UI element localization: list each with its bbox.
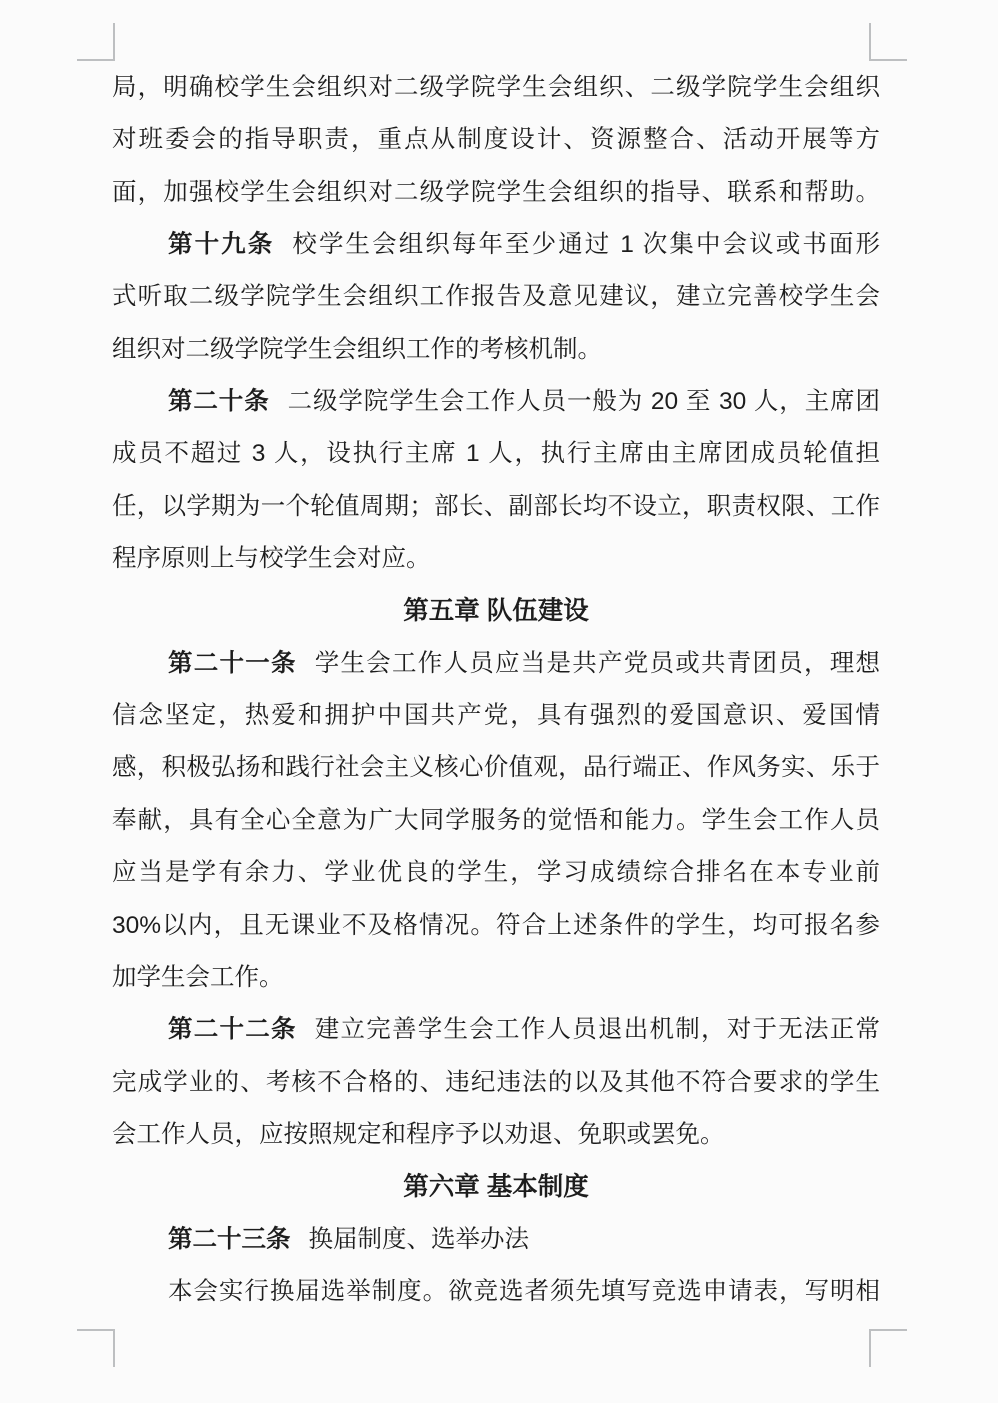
text-line: 程序原则上与校学生会对应。 <box>112 533 880 585</box>
text-line: 式听取二级学院学生会组织工作报告及意见建议，建立完善校学生会 <box>112 271 880 323</box>
text-boundary-mark-bottom-left <box>77 1329 115 1367</box>
text-boundary-mark-top-left <box>77 23 115 61</box>
text-line: 第二十一条学生会工作人员应当是共产党员或共青团员，理想 <box>112 638 880 690</box>
line-text: 加学生会工作。 <box>112 964 284 991</box>
text-line: 感，积极弘扬和践行社会主义核心价值观，品行端正、作风务实、乐于 <box>112 742 880 794</box>
text-line: 应当是学有余力、学业优良的学生，学习成绩综合排名在本专业前 <box>112 847 880 899</box>
line-text: 换届制度、选举办法 <box>309 1226 530 1253</box>
text-line: 面，加强校学生会组织对二级学院学生会组织的指导、联系和帮助。 <box>112 167 880 219</box>
line-text: 组织对二级学院学生会组织工作的考核机制。 <box>112 336 602 363</box>
line-text: 式听取二级学院学生会组织工作报告及意见建议，建立完善校学生会 <box>112 283 880 310</box>
article-number-label: 第二十条 <box>168 388 270 415</box>
text-line: 任，以学期为一个轮值周期；部长、副部长均不设立，职责权限、工作 <box>112 481 880 533</box>
line-text: 感，积极弘扬和践行社会主义核心价值观，品行端正、作风务实、乐于 <box>112 754 880 781</box>
text-line: 成员不超过 3 人，设执行主席 1 人，执行主席由主席团成员轮值担 <box>112 428 880 480</box>
article-number-label: 第二十二条 <box>168 1016 297 1043</box>
text-boundary-mark-bottom-right <box>869 1329 907 1367</box>
article-number-label: 第十九条 <box>168 231 274 258</box>
line-text: 完成学业的、考核不合格的、违纪违法的以及其他不符合要求的学生 <box>112 1069 880 1096</box>
text-line: 第二十二条建立完善学生会工作人员退出机制，对于无法正常 <box>112 1004 880 1056</box>
line-text: 学生会工作人员应当是共产党员或共青团员，理想 <box>315 650 880 677</box>
line-text: 应当是学有余力、学业优良的学生，学习成绩综合排名在本专业前 <box>112 859 880 886</box>
line-text: 面，加强校学生会组织对二级学院学生会组织的指导、联系和帮助。 <box>112 179 880 206</box>
line-text: 程序原则上与校学生会对应。 <box>112 545 431 572</box>
text-line: 局，明确校学生会组织对二级学院学生会组织、二级学院学生会组织 <box>112 62 880 114</box>
article-number-label: 第二十一条 <box>168 650 297 677</box>
chapter-heading: 第五章 队伍建设 <box>112 585 880 637</box>
text-line: 组织对二级学院学生会组织工作的考核机制。 <box>112 324 880 376</box>
text-line: 第二十条二级学院学生会工作人员一般为 20 至 30 人，主席团 <box>112 376 880 428</box>
line-text: 本会实行换届选举制度。欲竞选者须先填写竞选申请表，写明相 <box>168 1278 880 1305</box>
line-text: 第五章 队伍建设 <box>403 597 589 625</box>
line-text: 奉献，具有全心全意为广大同学服务的觉悟和能力。学生会工作人员 <box>112 807 880 834</box>
line-text: 30%以内，且无课业不及格情况。符合上述条件的学生，均可报名参 <box>112 912 880 939</box>
line-text: 信念坚定，热爱和拥护中国共产党，具有强烈的爱国意识、爱国情 <box>112 702 880 729</box>
text-line: 奉献，具有全心全意为广大同学服务的觉悟和能力。学生会工作人员 <box>112 795 880 847</box>
text-line: 信念坚定，热爱和拥护中国共产党，具有强烈的爱国意识、爱国情 <box>112 690 880 742</box>
article-number-label: 第二十三条 <box>168 1226 291 1253</box>
text-line: 30%以内，且无课业不及格情况。符合上述条件的学生，均可报名参 <box>112 900 880 952</box>
line-text: 第六章 基本制度 <box>403 1173 589 1201</box>
line-text: 校学生会组织每年至少通过 1 次集中会议或书面形 <box>292 231 880 258</box>
text-line: 第二十三条换届制度、选举办法 <box>112 1214 880 1266</box>
text-line: 完成学业的、考核不合格的、违纪违法的以及其他不符合要求的学生 <box>112 1057 880 1109</box>
chapter-heading: 第六章 基本制度 <box>112 1161 880 1213</box>
text-line: 本会实行换届选举制度。欲竞选者须先填写竞选申请表，写明相 <box>112 1266 880 1318</box>
text-boundary-mark-top-right <box>869 23 907 61</box>
line-text: 二级学院学生会工作人员一般为 20 至 30 人，主席团 <box>288 388 880 415</box>
line-text: 会工作人员，应按照规定和程序予以劝退、免职或罢免。 <box>112 1121 725 1148</box>
text-line: 会工作人员，应按照规定和程序予以劝退、免职或罢免。 <box>112 1109 880 1161</box>
document-page: 局，明确校学生会组织对二级学院学生会组织、二级学院学生会组织对班委会的指导职责，… <box>0 0 998 1403</box>
line-text: 局，明确校学生会组织对二级学院学生会组织、二级学院学生会组织 <box>112 74 880 101</box>
text-line: 加学生会工作。 <box>112 952 880 1004</box>
line-text: 任，以学期为一个轮值周期；部长、副部长均不设立，职责权限、工作 <box>112 493 880 520</box>
line-text: 建立完善学生会工作人员退出机制，对于无法正常 <box>315 1016 880 1043</box>
line-text: 成员不超过 3 人，设执行主席 1 人，执行主席由主席团成员轮值担 <box>112 440 880 467</box>
text-line: 对班委会的指导职责，重点从制度设计、资源整合、活动开展等方 <box>112 114 880 166</box>
text-line: 第十九条校学生会组织每年至少通过 1 次集中会议或书面形 <box>112 219 880 271</box>
document-body: 局，明确校学生会组织对二级学院学生会组织、二级学院学生会组织对班委会的指导职责，… <box>112 62 880 1318</box>
line-text: 对班委会的指导职责，重点从制度设计、资源整合、活动开展等方 <box>112 126 880 153</box>
